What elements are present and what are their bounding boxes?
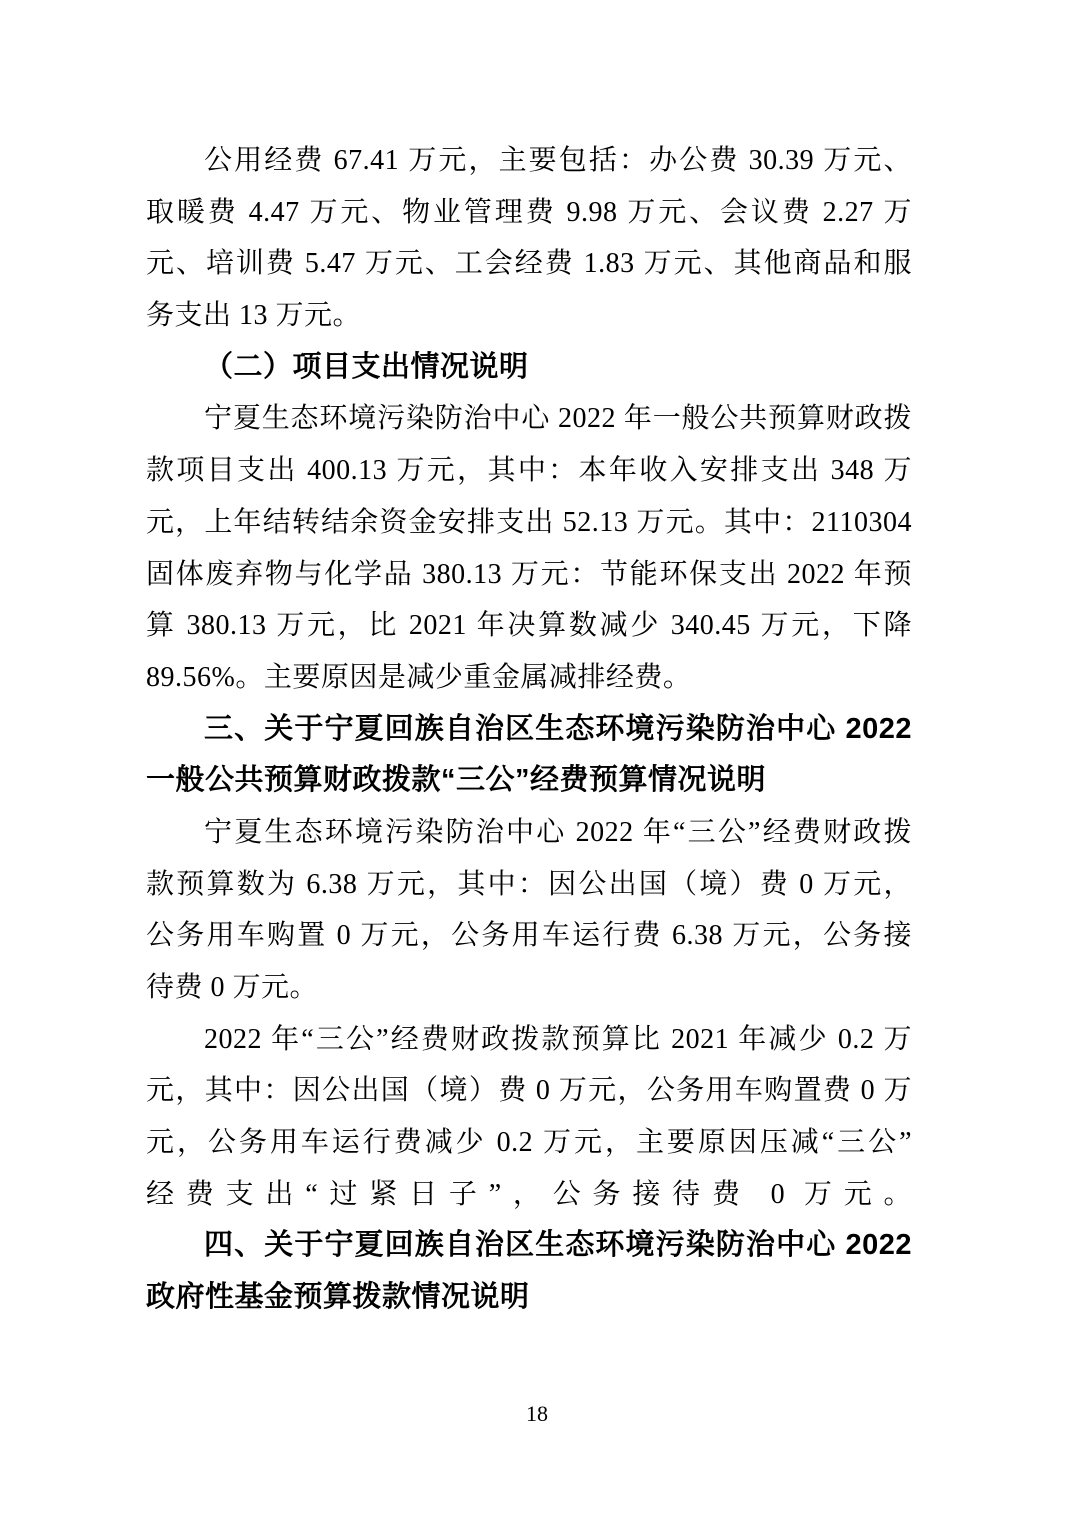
text-line: 算 380.13 万元，比 2021 年决算数减少 340.45 万元，下降 [146,600,912,652]
text-line: 政府性基金预算拨款情况说明 [146,1272,912,1324]
paragraph: 宁夏生态环境污染防治中心 2022 年一般公共预算财政拨款项目支出 400.13… [146,393,912,703]
text-line: 三、关于宁夏回族自治区生态环境污染防治中心 2022 年 [146,704,912,756]
text-line: 2022 年“三公”经费财政拨款预算比 2021 年减少 0.2 万 [146,1014,912,1066]
paragraph: 宁夏生态环境污染防治中心 2022 年“三公”经费财政拨款预算数为 6.38 万… [146,807,912,1014]
text-line: 待费 0 万元。 [146,962,912,1014]
text-line: 89.56%。主要原因是减少重金属减排经费。 [146,652,912,704]
text-line: 固体废弃物与化学品 380.13 万元：节能环保支出 2022 年预 [146,549,912,601]
text-line: 公用经费 67.41 万元，主要包括：办公费 30.39 万元、 [146,135,912,187]
paragraph: 公用经费 67.41 万元，主要包括：办公费 30.39 万元、取暖费 4.47… [146,135,912,342]
text-line: 宁夏生态环境污染防治中心 2022 年“三公”经费财政拨 [146,807,912,859]
text-line: 四、关于宁夏回族自治区生态环境污染防治中心 2022 年 [146,1220,912,1272]
section-heading: （二）项目支出情况说明 [146,342,912,394]
document-page: 公用经费 67.41 万元，主要包括：办公费 30.39 万元、取暖费 4.47… [0,0,1074,1520]
text-line: 元、培训费 5.47 万元、工会经费 1.83 万元、其他商品和服 [146,238,912,290]
text-line: 元，其中：因公出国（境）费 0 万元，公务用车购置费 0 万 [146,1065,912,1117]
text-line: 公务用车购置 0 万元，公务用车运行费 6.38 万元，公务接 [146,910,912,962]
page-number: 18 [0,1400,1074,1428]
paragraph: 2022 年“三公”经费财政拨款预算比 2021 年减少 0.2 万元，其中：因… [146,1014,912,1221]
text-line: 宁夏生态环境污染防治中心 2022 年一般公共预算财政拨 [146,393,912,445]
text-line: 款预算数为 6.38 万元，其中：因公出国（境）费 0 万元， [146,859,912,911]
text-line: 经费支出“过紧日子”，公务接待费 0 万元。 [146,1169,912,1221]
text-line: 款项目支出 400.13 万元，其中：本年收入安排支出 348 万 [146,445,912,497]
section-heading: 三、关于宁夏回族自治区生态环境污染防治中心 2022 年一般公共预算财政拨款“三… [146,704,912,807]
text-line: 元，公务用车运行费减少 0.2 万元，主要原因压减“三公” [146,1117,912,1169]
section-heading: 四、关于宁夏回族自治区生态环境污染防治中心 2022 年政府性基金预算拨款情况说… [146,1220,912,1323]
text-line: 取暖费 4.47 万元、物业管理费 9.98 万元、会议费 2.27 万 [146,187,912,239]
text-line: 务支出 13 万元。 [146,290,912,342]
text-line: 一般公共预算财政拨款“三公”经费预算情况说明 [146,755,912,807]
document-content: 公用经费 67.41 万元，主要包括：办公费 30.39 万元、取暖费 4.47… [146,135,912,1324]
text-line: 元，上年结转结余资金安排支出 52.13 万元。其中：2110304 [146,497,912,549]
text-line: （二）项目支出情况说明 [146,342,912,394]
